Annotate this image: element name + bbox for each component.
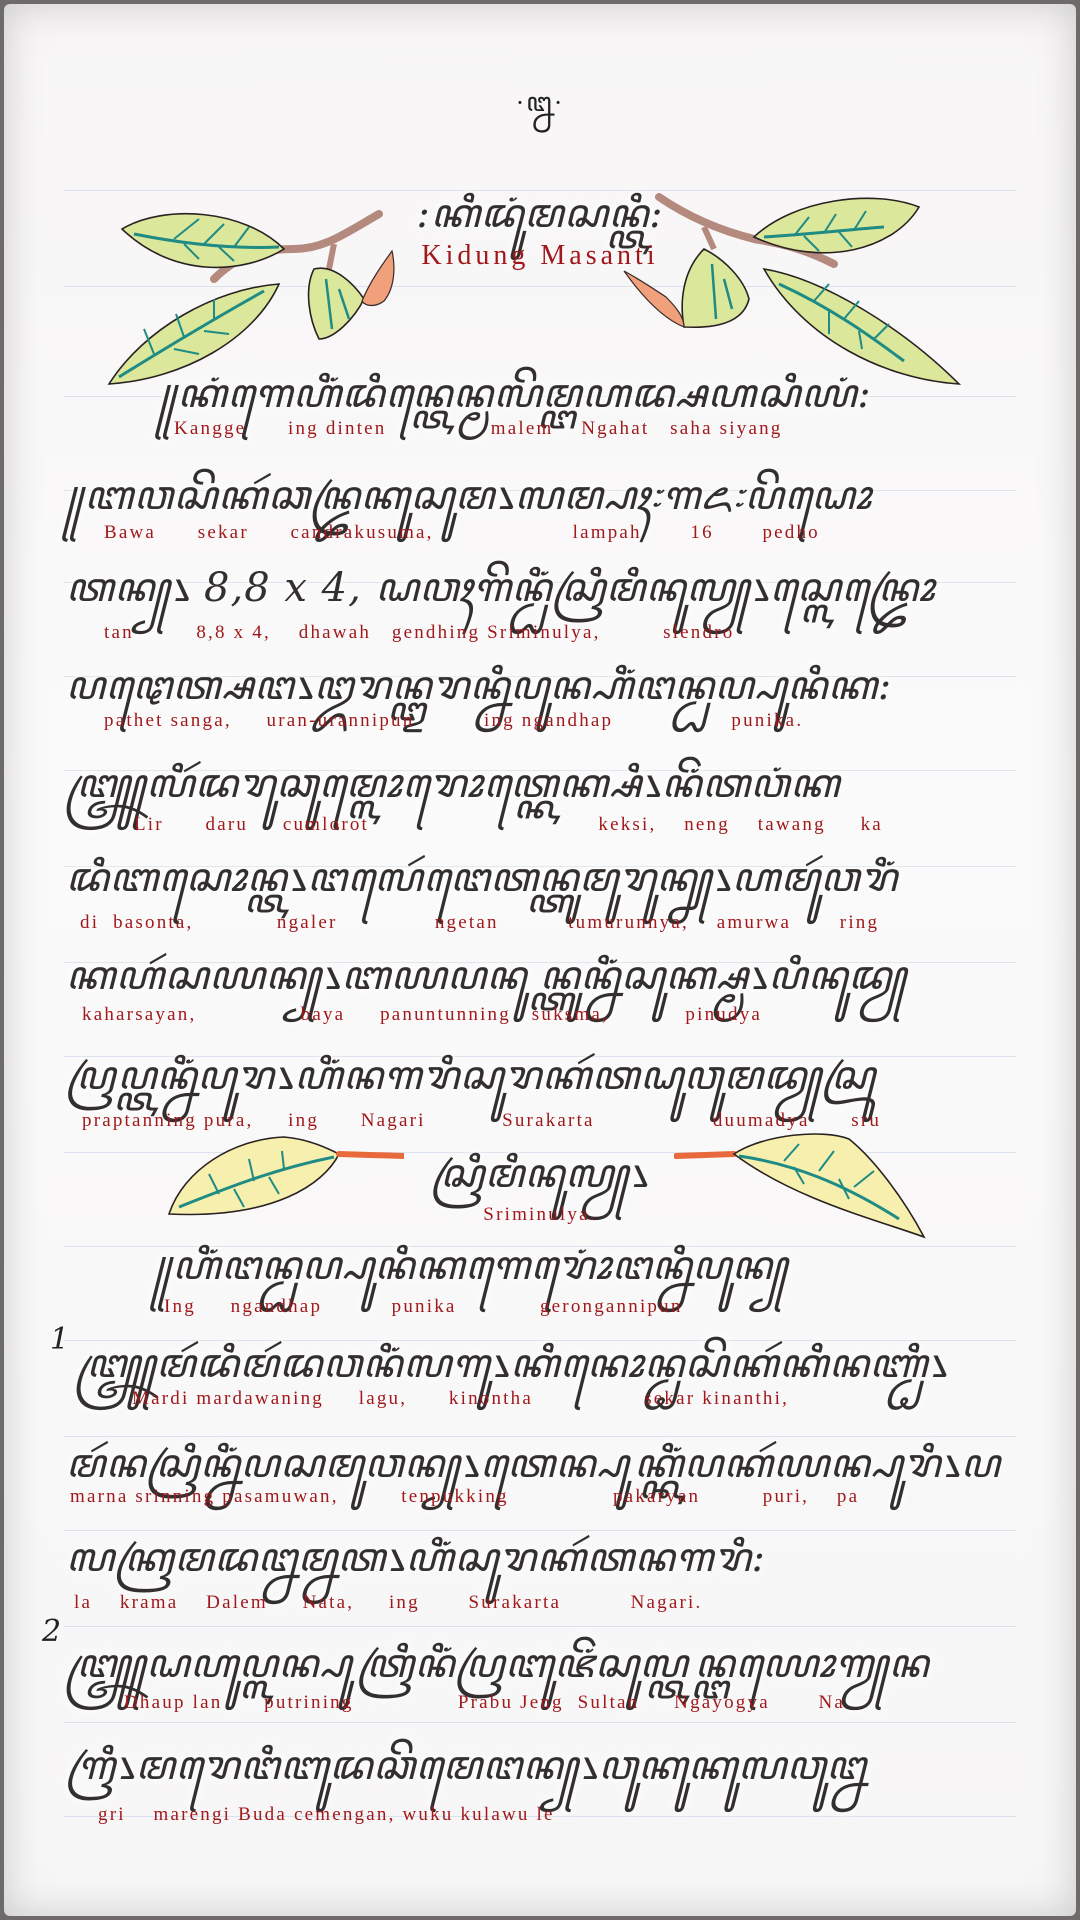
transliteration-line: tan 8,8 x 4, dhawah gendhing Sriminulya,… — [104, 622, 734, 644]
transliteration-line: Dhaup lan putrining Prabu Jeng Sultan Ng… — [124, 1692, 845, 1714]
transliteration-line: Lir daru cumlorot keksi, neng tawang ka — [134, 814, 883, 836]
transliteration-line: Mardi mardawaning lagu, kinontha sekar k… — [132, 1388, 789, 1410]
transliteration-line: Bawa sekar candrakusuma, lampah 16 pedho — [104, 522, 820, 544]
page-number: ·꧒· — [4, 82, 1076, 135]
transliteration-line: kaharsayan, baya panuntunning suksma, pi… — [82, 1004, 762, 1026]
transliteration-line: marna srinning pasamuwan, tenpukking pak… — [70, 1486, 859, 1508]
transliteration-line: Ing ngandhap punika gerongannipun — [164, 1296, 683, 1318]
stanza-number: 1 — [50, 1322, 69, 1357]
ruled-line — [64, 1626, 1016, 1627]
page-title: Kidung Masanti — [4, 240, 1076, 272]
transliteration-line: di basonta, ngaler ngetan tumurunnya, am… — [80, 912, 879, 934]
transliteration-line: Kangge ing dinten malem Ngahat saha siya… — [174, 418, 783, 440]
transliteration-line: gri marengi Buda cemengan, wuku kulawu l… — [98, 1804, 555, 1826]
subtitle: Sriminulya. — [4, 1204, 1076, 1226]
manuscript-page: ·꧒· :ꦏꦶꦢꦸꦁꦩꦱꦤ꧀ꦠꦶ: Kidung Masanti ꧋ꦏꦁꦒꦺꦲꦶ… — [4, 4, 1076, 1916]
stanza-number: 2 — [42, 1614, 61, 1649]
transliteration-line: pathet sanga, uran-urannipun ing ngandha… — [104, 710, 803, 732]
transliteration-line: la krama Dalem Nata, ing Surakarta Nagar… — [74, 1592, 702, 1614]
ruled-line — [64, 1722, 1016, 1723]
